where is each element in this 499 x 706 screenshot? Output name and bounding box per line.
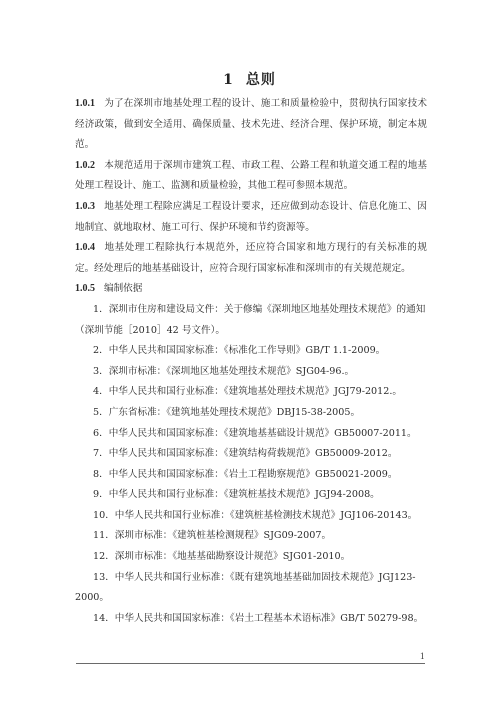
reference-list: 1．深圳市住房和建设局文件：关于修编《深圳地区地基处理技术规范》的通知（深圳节能… xyxy=(75,300,427,630)
clause-number: 1.0.2 xyxy=(75,160,95,171)
document-body: 1.0.1为了在深圳市地基处理工程的设计、施工和质量检验中，贯彻执行国家技术经济… xyxy=(75,94,427,629)
clause-1-0-5: 1.0.5编制依据 xyxy=(75,279,427,300)
chapter-title: 1总则 xyxy=(0,69,499,89)
reference-item: 6．中华人民共和国国家标准：《建筑地基基础设计规范》GB50007-2011。 xyxy=(75,424,427,445)
chapter-name: 总则 xyxy=(246,72,276,88)
reference-item: 9．中华人民共和国行业标准：《建筑桩基技术规范》JGJ94-2008。 xyxy=(75,485,427,506)
clause-number: 1.0.1 xyxy=(75,98,95,109)
footer-divider xyxy=(76,663,425,664)
document-page: 1总则 1.0.1为了在深圳市地基处理工程的设计、施工和质量检验中，贯彻执行国家… xyxy=(0,0,499,706)
clause-text: 为了在深圳市地基处理工程的设计、施工和质量检验中，贯彻执行国家技术经济政策，做到… xyxy=(75,98,427,150)
page-number: 1 xyxy=(420,651,425,661)
reference-item: 12．深圳市标准：《地基基础勘察设计规范》SJG01-2010。 xyxy=(75,547,427,568)
clause-text: 本规范适用于深圳市建筑工程、市政工程、公路工程和轨道交通工程的地基处理工程设计、… xyxy=(75,160,427,192)
reference-item: 8．中华人民共和国国家标准：《岩土工程勘察规范》GB50021-2009。 xyxy=(75,465,427,486)
reference-item: 4．中华人民共和国行业标准：《建筑地基处理技术规范》JGJ79-2012.。 xyxy=(75,382,427,403)
clause-1-0-3: 1.0.3地基处理工程除应满足工程设计要求，还应做到动态设计、信息化施工、因地制… xyxy=(75,197,427,238)
reference-item: 3．深圳市标准：《深圳地区地基处理技术规范》SJG04-96.。 xyxy=(75,362,427,383)
clause-text: 地基处理工程除执行本规范外，还应符合国家和地方现行的有关标准的规定。经处理后的地… xyxy=(75,242,427,274)
reference-item: 13．中华人民共和国行业标准：《既有建筑地基基础加固技术规范》JGJ123-20… xyxy=(75,568,427,609)
clause-number: 1.0.4 xyxy=(75,242,95,253)
reference-item: 2．中华人民共和国国家标准：《标准化工作导则》GB/T 1.1-2009。 xyxy=(75,341,427,362)
reference-item: 7．中华人民共和国国家标准：《建筑结构荷载规范》GB50009-2012。 xyxy=(75,444,427,465)
clause-number: 1.0.5 xyxy=(75,283,95,294)
clause-text: 地基处理工程除应满足工程设计要求，还应做到动态设计、信息化施工、因地制宜、就地取… xyxy=(75,201,427,233)
reference-item: 5．广东省标准：《建筑地基处理技术规范》DBJ15-38-2005。 xyxy=(75,403,427,424)
reference-item: 11．深圳市标准：《建筑桩基检测规程》SJG09-2007。 xyxy=(75,526,427,547)
clause-text: 编制依据 xyxy=(104,283,142,294)
reference-item: 10．中华人民共和国行业标准：《建筑桩基检测技术规范》JGJ106-20143。 xyxy=(75,506,427,527)
chapter-number: 1 xyxy=(223,72,234,88)
reference-item: 1．深圳市住房和建设局文件：关于修编《深圳地区地基处理技术规范》的通知（深圳节能… xyxy=(75,300,427,341)
clause-1-0-2: 1.0.2本规范适用于深圳市建筑工程、市政工程、公路工程和轨道交通工程的地基处理… xyxy=(75,156,427,197)
clause-1-0-4: 1.0.4地基处理工程除执行本规范外，还应符合国家和地方现行的有关标准的规定。经… xyxy=(75,238,427,279)
clause-number: 1.0.3 xyxy=(75,201,95,212)
reference-item: 14．中华人民共和国国家标准：《岩土工程基本术语标准》GB/T 50279-98… xyxy=(75,609,427,630)
clause-1-0-1: 1.0.1为了在深圳市地基处理工程的设计、施工和质量检验中，贯彻执行国家技术经济… xyxy=(75,94,427,156)
